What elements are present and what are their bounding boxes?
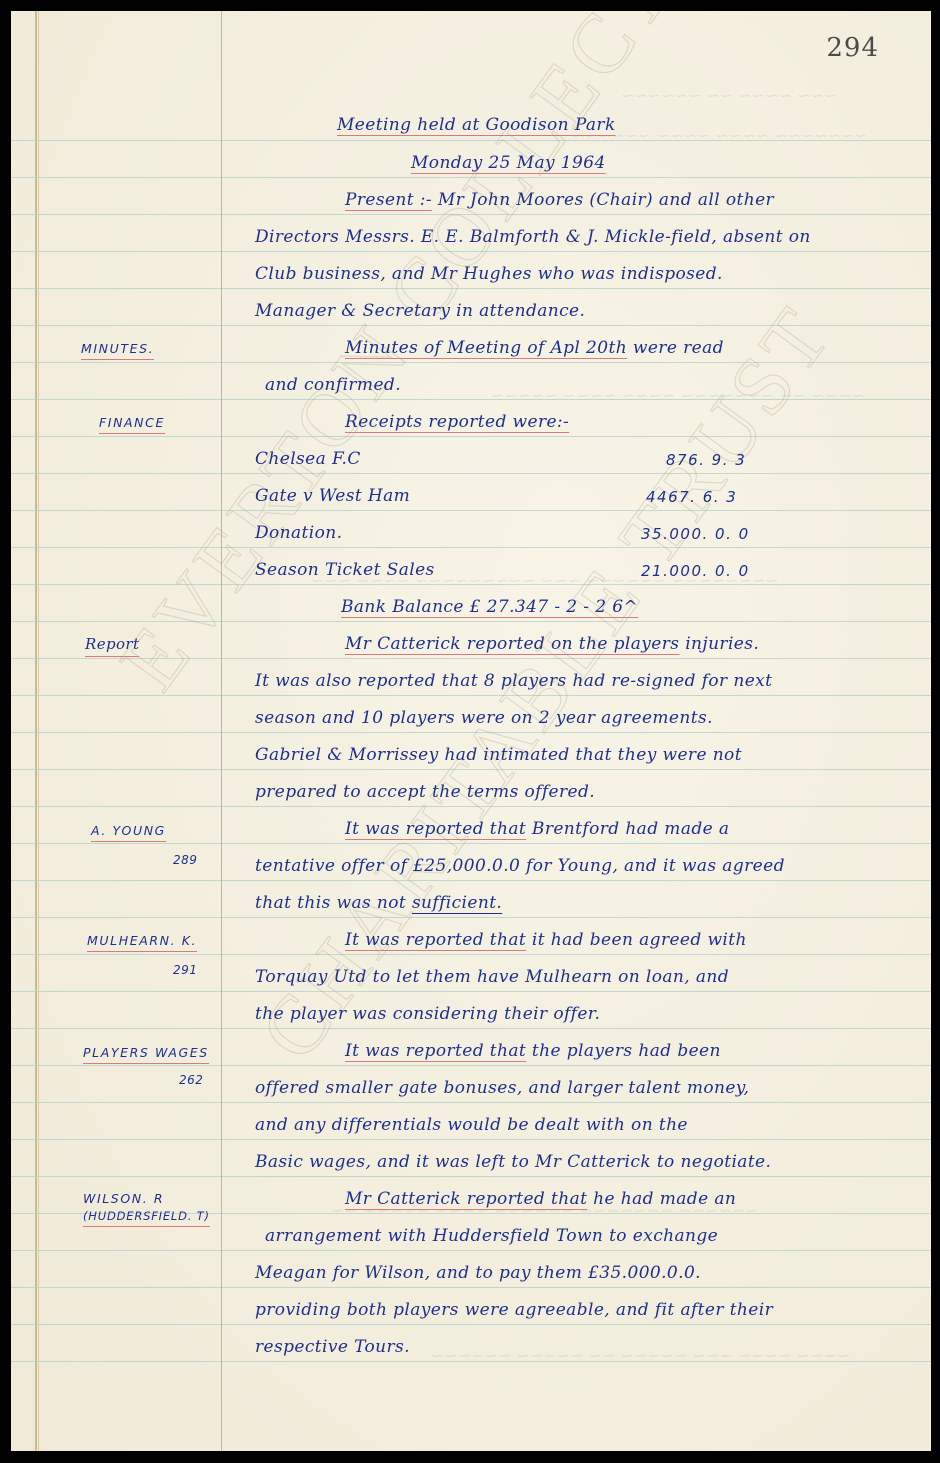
ruled-line [11, 1361, 931, 1362]
ruled-line [11, 1102, 931, 1103]
minutes-confirmed-line: and confirmed. [265, 375, 401, 395]
receipts-heading: Receipts reported were:- [345, 412, 569, 432]
red-margin-rule [221, 11, 222, 1451]
margin-note-wilson-club: (HUDDERSFIELD. T) [83, 1209, 210, 1227]
wilson-line-4: providing both players were agreeable, a… [255, 1300, 773, 1320]
ruled-line [11, 1287, 931, 1288]
ruled-line [11, 510, 931, 511]
ruled-line [11, 732, 931, 733]
bank-balance: Bank Balance £ 27.347 - 2 - 2 6^ [341, 597, 638, 617]
report-line-3: season and 10 players were on 2 year agr… [255, 708, 713, 728]
ruled-line [11, 140, 931, 141]
margin-ref-mulhearn: 291 [173, 963, 197, 977]
ruled-line [11, 991, 931, 992]
mulhearn-line-3: the player was considering their offer. [255, 1004, 600, 1024]
margin-note-report: Report [85, 635, 139, 657]
meeting-title: Meeting held at Goodison Park [337, 115, 616, 135]
page-number: 294 [826, 33, 879, 63]
margin-ref-young: 289 [173, 853, 197, 867]
ruled-line [11, 1176, 931, 1177]
ruled-line [11, 1250, 931, 1251]
ruled-line [11, 695, 931, 696]
receipt-amount: 4467. 6. 3 [646, 488, 737, 506]
ruled-line [11, 251, 931, 252]
ruled-line [11, 769, 931, 770]
wilson-line-5: respective Tours. [255, 1337, 410, 1357]
binding-edge-line-inner [38, 11, 39, 1451]
wages-line-2: offered smaller gate bonuses, and larger… [255, 1078, 749, 1098]
ruled-line [11, 362, 931, 363]
ruled-line [11, 621, 931, 622]
young-line: It was reported that Brentford had made … [345, 819, 729, 839]
bleed-through-text: ~~~ ~~~~ ~~ ~~~~~~ [621, 86, 837, 105]
wilson-line: Mr Catterick reported that he had made a… [345, 1189, 736, 1209]
receipt-item: Season Ticket Sales [255, 560, 435, 580]
margin-note-wilson: WILSON. R [83, 1191, 164, 1209]
attendance-line: Manager & Secretary in attendance. [255, 301, 585, 321]
bleed-through-text: ~~~~ ~~~~ ~~~ ~~~~~ ~~ ~~~~~ ~~~~~~ [431, 1346, 850, 1365]
receipt-item: Chelsea F.C [255, 449, 361, 469]
wages-line: It was reported that the players had bee… [345, 1041, 721, 1061]
ruled-line [11, 880, 931, 881]
ruled-line [11, 436, 931, 437]
minutes-line: Minutes of Meeting of Apl 20th were read [345, 338, 724, 358]
directors-line: Directors Messrs. E. E. Balmforth & J. M… [255, 227, 811, 247]
ruled-line [11, 1139, 931, 1140]
margin-ref-wages: 262 [179, 1073, 203, 1087]
margin-note-mulhearn: MULHEARN. K. [87, 933, 197, 952]
mulhearn-line: It was reported that it had been agreed … [345, 930, 747, 950]
report-line-4: Gabriel & Morrissey had intimated that t… [255, 745, 742, 765]
mulhearn-line-2: Torquay Utd to let them have Mulhearn on… [255, 967, 729, 987]
ruled-line [11, 1324, 931, 1325]
ruled-line [11, 806, 931, 807]
young-line-3: that this was not sufficient. [255, 893, 502, 913]
binding-edge-line [35, 11, 37, 1451]
ruled-line [11, 399, 931, 400]
margin-note-finance: FINANCE [99, 415, 165, 434]
ruled-line [11, 658, 931, 659]
margin-note-minutes: MINUTES. [81, 341, 154, 360]
ruled-line [11, 214, 931, 215]
ruled-line [11, 1065, 931, 1066]
report-line: Mr Catterick reported on the players inj… [345, 634, 759, 654]
receipt-amount: 35.000. 0. 0 [641, 525, 750, 543]
ruled-line [11, 954, 931, 955]
margin-note-young: A. YOUNG [91, 823, 166, 842]
wilson-line-2: arrangement with Huddersfield Town to ex… [265, 1226, 718, 1246]
bleed-through-text: ~~~~ ~~ ~~~~~~~ ~~~~ ~~~~ ~~~~~ [491, 386, 865, 405]
wages-line-3: and any differentials would be dealt wit… [255, 1115, 688, 1135]
report-line-2: It was also reported that 8 players had … [255, 671, 772, 691]
ruled-line [11, 547, 931, 548]
ruled-line [11, 473, 931, 474]
receipt-amount: 876. 9. 3 [666, 451, 746, 469]
wages-line-4: Basic wages, and it was left to Mr Catte… [255, 1152, 771, 1172]
receipt-amount: 21.000. 0. 0 [641, 562, 750, 580]
club-business-line: Club business, and Mr Hughes who was ind… [255, 264, 723, 284]
ledger-page: ~~~ ~~~~ ~~ ~~~~~~ ~~~~~~~ ~~~~ ~~~~ ~~~… [11, 11, 931, 1451]
report-line-5: prepared to accept the terms offered. [255, 782, 595, 802]
ruled-line [11, 843, 931, 844]
wilson-line-3: Meagan for Wilson, and to pay them £35.0… [255, 1263, 701, 1283]
receipt-item: Donation. [255, 523, 342, 543]
young-line-2: tentative offer of £25,000.0.0 for Young… [255, 856, 785, 876]
ruled-line [11, 177, 931, 178]
meeting-date: Monday 25 May 1964 [411, 153, 606, 173]
ruled-line [11, 288, 931, 289]
ruled-line [11, 917, 931, 918]
ruled-line [11, 325, 931, 326]
present-line: Present :- Mr John Moores (Chair) and al… [345, 190, 774, 210]
receipt-item: Gate v West Ham [255, 486, 410, 506]
ruled-line [11, 584, 931, 585]
margin-note-players-wages: PLAYERS WAGES [83, 1045, 209, 1064]
ruled-line [11, 1028, 931, 1029]
